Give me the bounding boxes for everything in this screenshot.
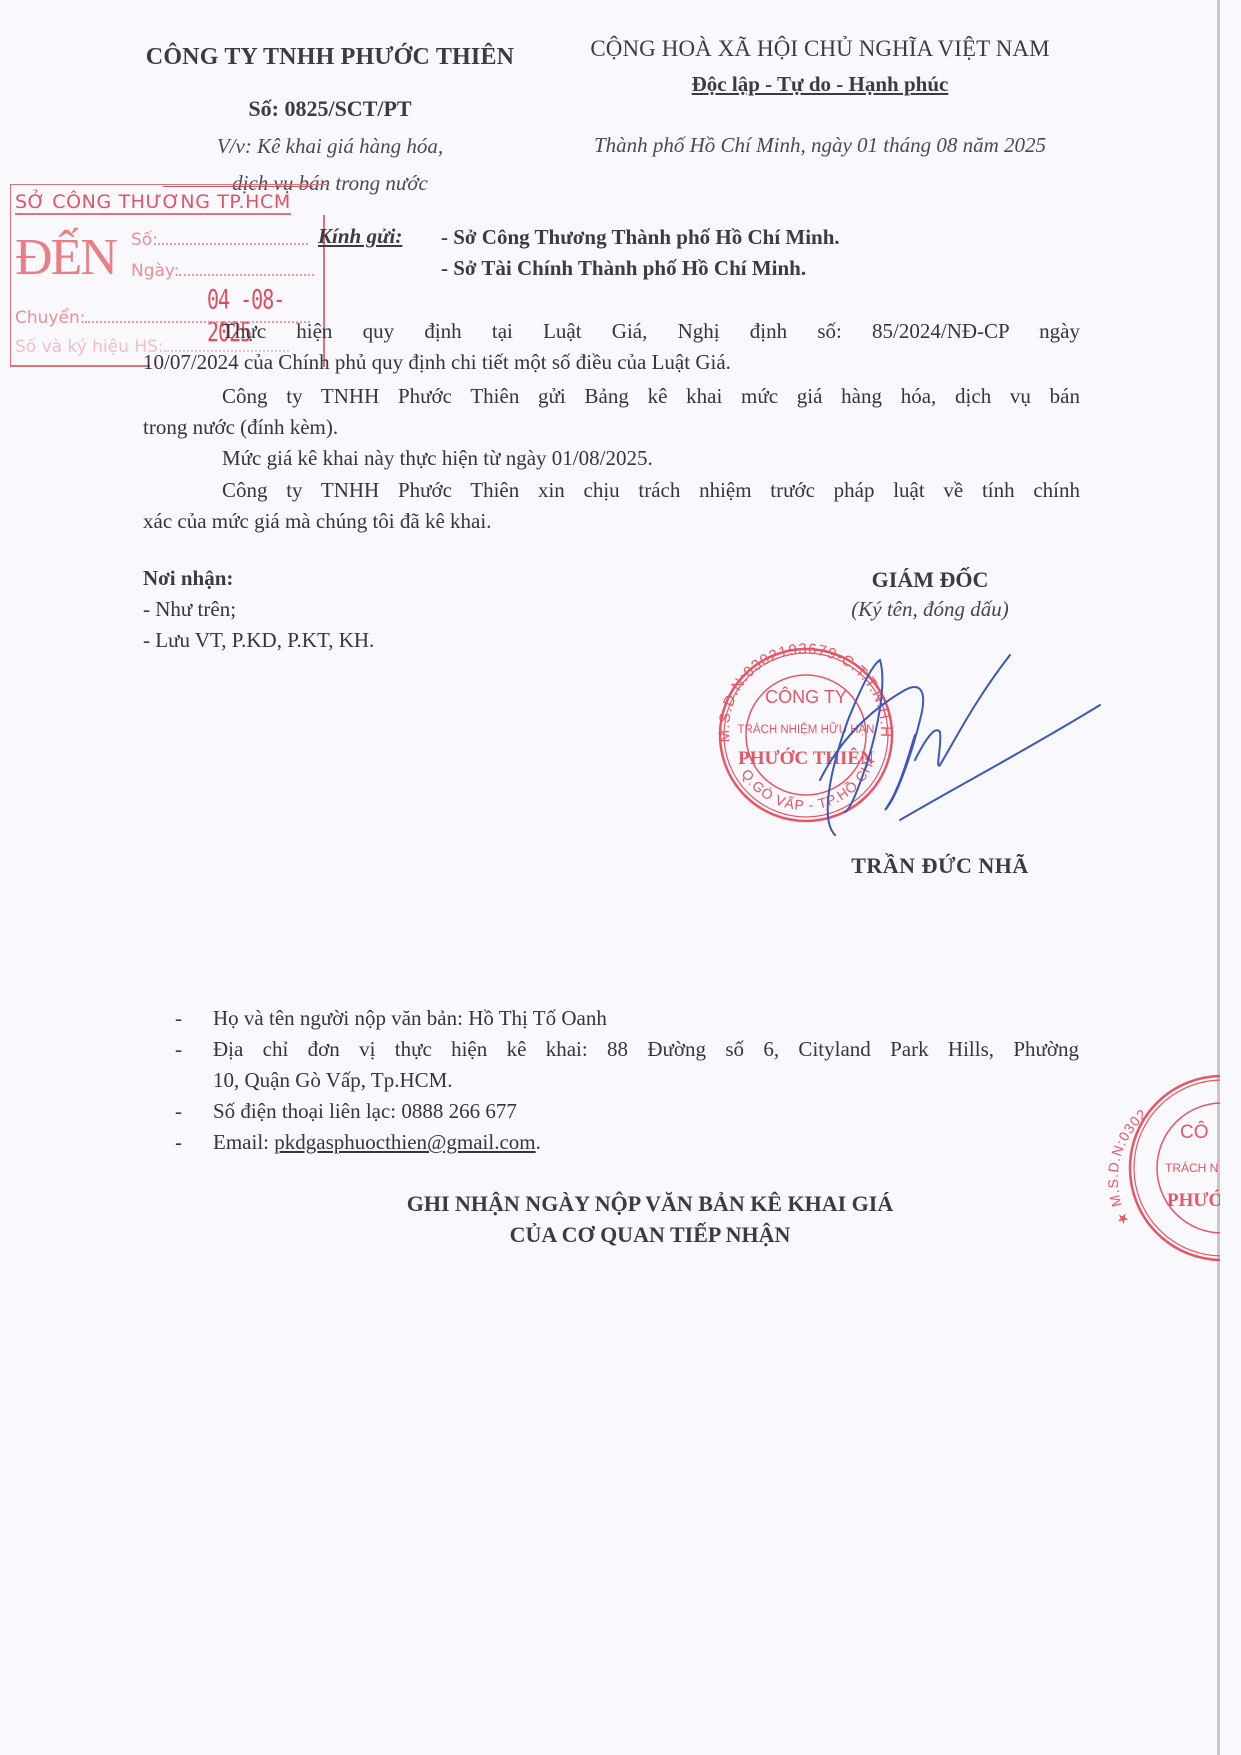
svg-text:TRÁCH N: TRÁCH N: [1165, 1160, 1218, 1175]
motto-text: Độc lập - Tự do - Hạnh phúc: [692, 72, 949, 96]
receivers-label: Nơi nhận:: [143, 566, 233, 591]
stamp-so-field: Số:: [131, 229, 308, 250]
signer-title: GIÁM ĐỐC: [800, 567, 1060, 593]
seal-ring-text-top: M.S.D.N:0302193679-C.T.T.N.H.H: [716, 641, 894, 744]
document-number: Số: 0825/SCT/PT: [130, 96, 530, 122]
svg-text:M.S.D.N:0302193679-C.T.T.N.H.H: M.S.D.N:0302193679-C.T.T.N.H.H: [716, 641, 894, 744]
stamp-ngay-label: Ngày:: [131, 261, 179, 281]
receiver-item: - Lưu VT, P.KD, P.KT, KH.: [143, 628, 374, 653]
paragraph-2-line-2: trong nước (đính kèm).: [143, 415, 338, 440]
bullet-dash: -: [175, 1006, 182, 1031]
paragraph-1-line-2: 10/07/2024 của Chính phủ quy định chi ti…: [143, 350, 731, 375]
seal-line-1: CÔNG TY: [765, 686, 847, 707]
svg-text:CÔ: CÔ: [1180, 1121, 1209, 1143]
stamp-top-border-overlap: [163, 186, 313, 187]
bullet-dash: -: [175, 1130, 182, 1155]
receipt-title-line-2: CỦA CƠ QUAN TIẾP NHẬN: [300, 1219, 1000, 1250]
email-link[interactable]: pkdgasphuocthien@gmail.com: [274, 1130, 535, 1154]
stamp-chuyen-label: Chuyển:: [15, 308, 85, 328]
email-suffix: .: [536, 1130, 541, 1154]
partial-seal-right: CÔ TRÁCH N PHƯỚ ★ M.S.D.N:0302: [1105, 1076, 1241, 1260]
place-date: Thành phố Hồ Chí Minh, ngày 01 tháng 08 …: [540, 133, 1100, 158]
svg-text:PHƯỚ: PHƯỚ: [1167, 1189, 1225, 1211]
submitter-address-continued: 10, Quận Gò Vấp, Tp.HCM.: [213, 1068, 453, 1093]
stamp-den: ĐẾN: [15, 232, 116, 284]
seal-line-2: TRÁCH NHIỆM HỮU HẠN: [738, 723, 875, 736]
paragraph-4-line-2: xác của mức giá mà chúng tôi đã kê khai.: [143, 509, 491, 534]
paragraph-3: Mức giá kê khai này thực hiện từ ngày 01…: [222, 446, 653, 471]
submitter-email-line: Email: pkdgasphuocthien@gmail.com.: [213, 1130, 541, 1155]
receipt-title-line-1: GHI NHẬN NGÀY NỘP VĂN BẢN KÊ KHAI GIÁ: [300, 1188, 1000, 1219]
signature-note: (Ký tên, đóng dấu): [800, 597, 1060, 622]
motto: Độc lập - Tự do - Hạnh phúc: [560, 72, 1080, 97]
stamp-agency: SỞ CÔNG THƯƠNG TP.HCM: [15, 191, 291, 215]
signer-name: TRẦN ĐỨC NHÃ: [780, 853, 1100, 879]
recipient-item: - Sở Công Thương Thành phố Hồ Chí Minh.: [441, 225, 840, 250]
nation-title: CỘNG HOÀ XÃ HỘI CHỦ NGHĨA VIỆT NAM: [560, 36, 1080, 62]
company-name: CÔNG TY TNHH PHƯỚC THIÊN: [130, 44, 530, 71]
paragraph-2-line-1: Công ty TNHH Phước Thiên gửi Bảng kê kha…: [222, 384, 1080, 409]
scan-edge-line: [1217, 0, 1220, 1755]
recipients-label: Kính gửi:: [318, 224, 402, 249]
director-signature: [820, 655, 1100, 835]
recipient-item: - Sở Tài Chính Thành phố Hồ Chí Minh.: [441, 256, 806, 281]
stamp-ngay-field: Ngày:: [131, 260, 314, 281]
receipt-section-title: GHI NHẬN NGÀY NỘP VĂN BẢN KÊ KHAI GIÁ CỦ…: [300, 1188, 1000, 1250]
receiver-item: - Như trên;: [143, 597, 236, 622]
submitter-address: Địa chỉ đơn vị thực hiện kê khai: 88 Đườ…: [213, 1037, 1079, 1062]
email-label: Email:: [213, 1130, 274, 1154]
stamp-so-ky-hieu-label: Số và ký hiệu HS:: [15, 337, 164, 357]
stamp-so-label: Số:: [131, 230, 158, 250]
bullet-dash: -: [175, 1037, 182, 1062]
stamp-bottom-border: [10, 365, 150, 367]
subject-line-1: V/v: Kê khai giá hàng hóa,: [130, 134, 530, 159]
seal-line-3: PHƯỚC THIÊN: [738, 747, 874, 769]
submitter-phone: Số điện thoại liên lạc: 0888 266 677: [213, 1099, 517, 1124]
paragraph-1-line-1: Thực hiện quy định tại Luật Giá, Nghị đị…: [222, 319, 1080, 344]
bullet-dash: -: [175, 1099, 182, 1124]
paragraph-4-line-1: Công ty TNHH Phước Thiên xin chịu trách …: [222, 478, 1080, 503]
company-seal: M.S.D.N:0302193679-C.T.T.N.H.H Q.GÒ VẤP …: [0, 0, 894, 821]
svg-text:★ M.S.D.N:0302: ★ M.S.D.N:0302: [1105, 1105, 1151, 1228]
submitter-name: Họ và tên người nộp văn bản: Hồ Thị Tố O…: [213, 1006, 607, 1031]
